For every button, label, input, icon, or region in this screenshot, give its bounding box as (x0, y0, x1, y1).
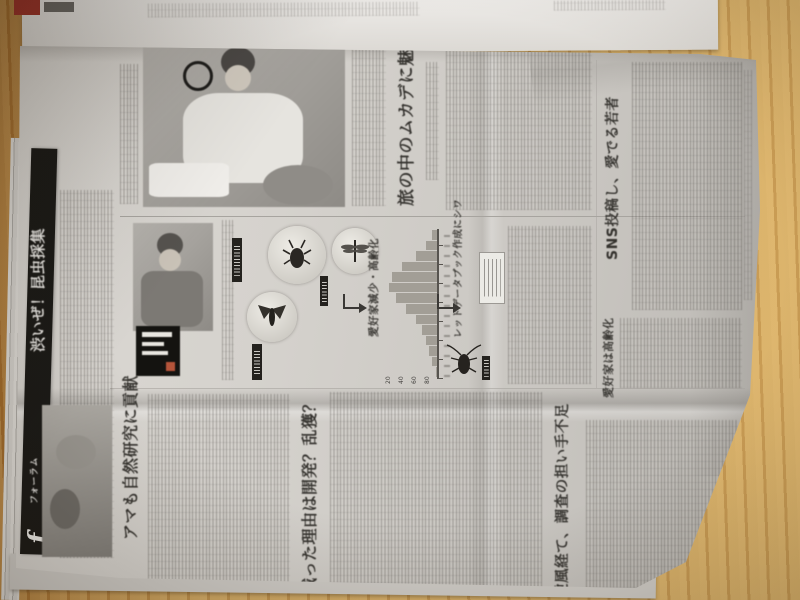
label-red-data-book: レッドデータブック作成にシワ (450, 199, 464, 338)
photo-insect-researcher (133, 223, 213, 331)
body-text-block (632, 62, 742, 310)
forum-column-label: フォーラム (27, 457, 40, 504)
species-label-chip (232, 238, 242, 282)
age-tick-label: 60 (411, 376, 418, 384)
headline-surveyor-shortage: 逆風経て、調査の担い手不足 (551, 403, 572, 598)
subheadline-enthusiasts-aging: 愛好家は高齢化 (600, 318, 616, 399)
species-label-chip (320, 276, 328, 306)
person-body (141, 271, 203, 327)
specimen-tray (149, 163, 229, 197)
histogram-bar (389, 283, 439, 293)
headline-amateurs-contribute: アマも自然研究に貢献 (118, 375, 141, 540)
label-enthusiasts-declining-aging: 愛好家減少・高齢化 (366, 238, 381, 337)
photo-of-newspaper-on-table: 渋いぜ！昆虫採集 フォーラム f 旅の中のムカデに魅了 SNS投稿し、愛でる若者… (0, 0, 800, 600)
histogram-bar (392, 272, 439, 282)
background-page-heading (44, 2, 74, 12)
photo-shadow (263, 165, 333, 205)
species-label-chip (482, 356, 490, 380)
flow-arrow-icon (338, 292, 368, 318)
age-histogram-chart (383, 229, 439, 377)
photo-forum-column (42, 405, 112, 557)
sheet-behind-top (22, 0, 718, 54)
histogram-bar (402, 262, 439, 272)
body-text-block (148, 394, 290, 590)
headline-caption-text (426, 62, 439, 180)
column-rule (110, 388, 745, 389)
body-text-block (508, 226, 592, 384)
age-tick-label: 40 (398, 376, 405, 384)
body-text-block (446, 48, 592, 210)
person-face (159, 249, 181, 271)
headline-decline-development-overharvest: 減った理由は開発？乱獲？ (297, 396, 320, 594)
insect-magazine-cover (136, 326, 180, 376)
stag-beetle-icon (282, 238, 312, 272)
magnifier-loupe-icon (183, 61, 213, 91)
age-tick-label: 80 (424, 376, 431, 384)
newspaper-page: 渋いぜ！昆虫採集 フォーラム f 旅の中のムカデに魅了 SNS投稿し、愛でる若者… (0, 0, 800, 600)
column-rule (596, 60, 597, 388)
histogram-bar (416, 251, 439, 261)
age-tick-label: 20 (385, 376, 392, 384)
headline-sns-posting-youth: SNS投稿し、愛でる若者 (602, 96, 622, 260)
photo-detail (56, 435, 96, 469)
infographic-note-box (479, 252, 505, 304)
body-text-block (620, 318, 742, 388)
body-text-column (352, 48, 386, 206)
body-text-column (120, 64, 138, 204)
longhorn-beetle-icon (446, 344, 482, 378)
species-label-chip (252, 344, 262, 380)
photo-detail (50, 489, 80, 529)
person-face (225, 65, 251, 91)
background-page-text (554, 0, 666, 11)
red-masthead-tab (14, 0, 40, 15)
headline-fascinated-by-centipedes: 旅の中のムカデに魅了 (392, 31, 417, 206)
page-edge-edition-text (744, 70, 752, 300)
portrait-photo-researcher-with-loupe (143, 45, 345, 207)
series-banner-title: 渋いぜ！昆虫採集 (27, 228, 48, 352)
background-page-text (148, 2, 420, 18)
body-text-block (330, 392, 542, 590)
moth-icon (256, 303, 288, 331)
